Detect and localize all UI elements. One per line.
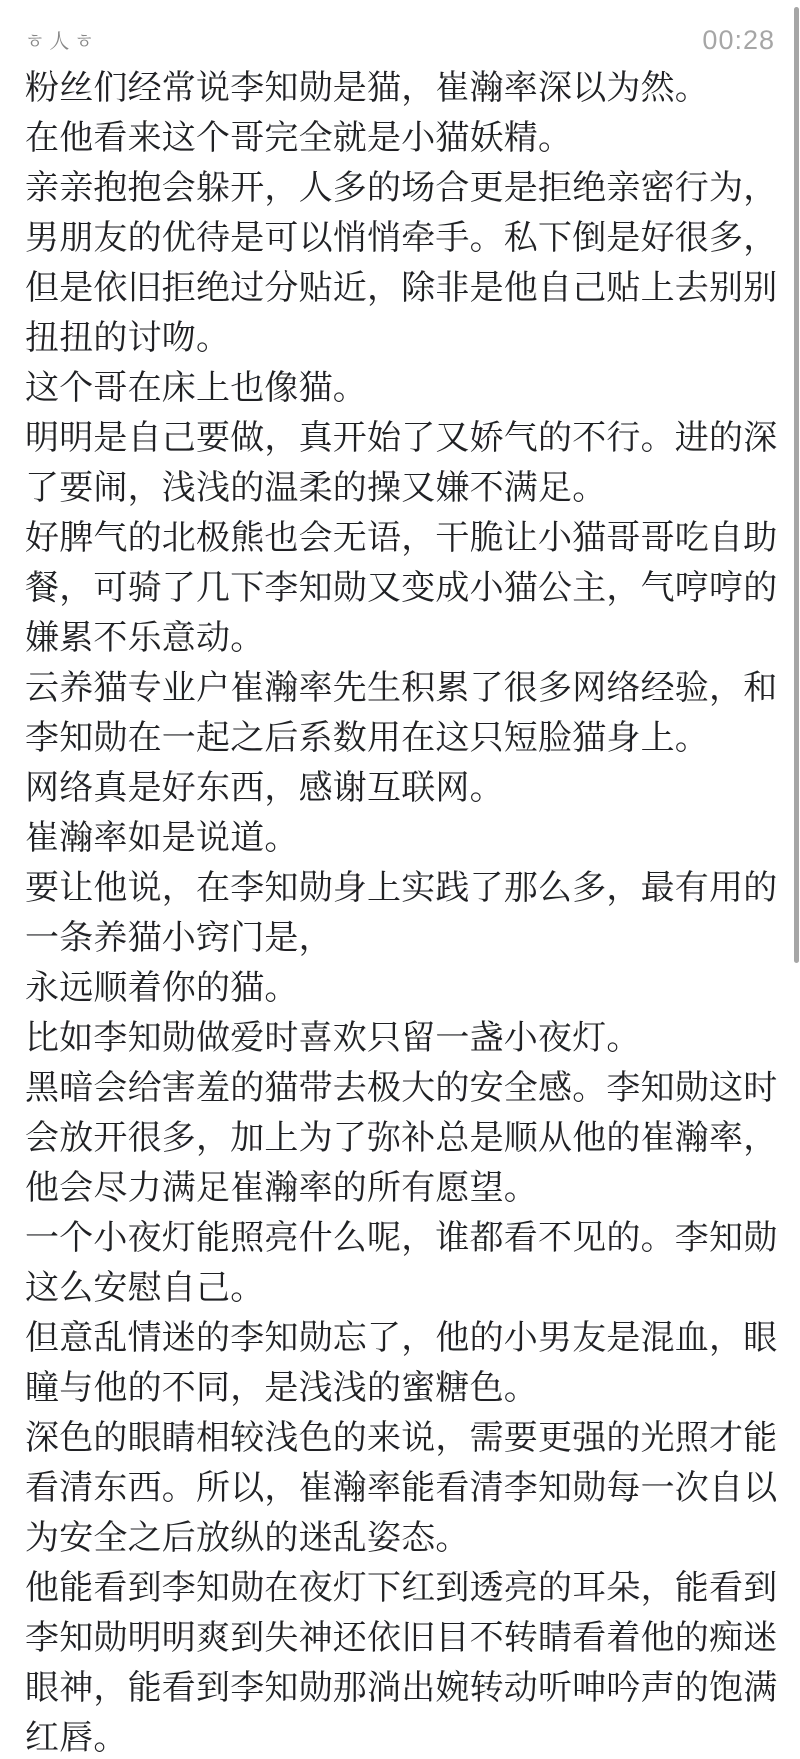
story-line: 这么安慰自己。: [25, 1263, 777, 1313]
story-line: 网络真是好东西，感谢互联网。: [25, 763, 777, 813]
reader-page: ㅎ人ㅎ 00:28 粉丝们经常说李知勋是猫，崔瀚率深以为然。在他看来这个哥完全就…: [0, 0, 800, 1759]
story-line: 黑暗会给害羞的猫带去极大的安全感。李知勋这时: [25, 1063, 777, 1113]
story-body: 粉丝们经常说李知勋是猫，崔瀚率深以为然。在他看来这个哥完全就是小猫妖精。亲亲抱抱…: [25, 63, 777, 1759]
story-line: 这个哥在床上也像猫。: [25, 363, 777, 413]
story-paragraph: 粉丝们经常说李知勋是猫，崔瀚率深以为然。: [25, 63, 777, 113]
story-line: 在他看来这个哥完全就是小猫妖精。: [25, 113, 777, 163]
story-paragraph: 好脾气的北极熊也会无语，干脆让小猫哥哥吃自助餐，可骑了几下李知勋又变成小猫公主，…: [25, 513, 777, 663]
page-title: ㅎ人ㅎ: [25, 32, 99, 52]
story-line: 餐，可骑了几下李知勋又变成小猫公主，气哼哼的: [25, 563, 777, 613]
story-line: 了要闹，浅浅的温柔的操又嫌不满足。: [25, 463, 777, 513]
header: ㅎ人ㅎ 00:28: [0, 0, 800, 62]
story-paragraph: 在他看来这个哥完全就是小猫妖精。: [25, 113, 777, 163]
story-line: 云养猫专业户崔瀚率先生积累了很多网络经验，和: [25, 663, 777, 713]
story-paragraph: 永远顺着你的猫。: [25, 963, 777, 1013]
story-line: 瞳与他的不同，是浅浅的蜜糖色。: [25, 1363, 777, 1413]
story-paragraph: 一个小夜灯能照亮什么呢，谁都看不见的。李知勋这么安慰自己。: [25, 1213, 777, 1313]
story-line: 粉丝们经常说李知勋是猫，崔瀚率深以为然。: [25, 63, 777, 113]
story-line: 红唇。: [25, 1713, 777, 1759]
story-line: 为安全之后放纵的迷乱姿态。: [25, 1513, 777, 1563]
story-paragraph: 明明是自己要做，真开始了又娇气的不行。进的深了要闹，浅浅的温柔的操又嫌不满足。: [25, 413, 777, 513]
story-paragraph: 黑暗会给害羞的猫带去极大的安全感。李知勋这时会放开很多，加上为了弥补总是顺从他的…: [25, 1063, 777, 1213]
story-line: 崔瀚率如是说道。: [25, 813, 777, 863]
story-line: 一条养猫小窍门是，: [25, 913, 777, 963]
scrollbar-thumb[interactable]: [794, 7, 799, 963]
story-line: 亲亲抱抱会躲开，人多的场合更是拒绝亲密行为，: [25, 163, 777, 213]
story-paragraph: 崔瀚率如是说道。: [25, 813, 777, 863]
story-line: 李知勋明明爽到失神还依旧目不转睛看着他的痴迷: [25, 1613, 777, 1663]
story-line: 扭扭的讨吻。: [25, 313, 777, 363]
story-line: 深色的眼睛相较浅色的来说，需要更强的光照才能: [25, 1413, 777, 1463]
story-line: 眼神，能看到李知勋那淌出婉转动听呻吟声的饱满: [25, 1663, 777, 1713]
story-line: 他会尽力满足崔瀚率的所有愿望。: [25, 1163, 777, 1213]
story-line: 但意乱情迷的李知勋忘了，他的小男友是混血，眼: [25, 1313, 777, 1363]
story-paragraph: 要让他说，在李知勋身上实践了那么多，最有用的一条养猫小窍门是，: [25, 863, 777, 963]
story-paragraph: 但意乱情迷的李知勋忘了，他的小男友是混血，眼瞳与他的不同，是浅浅的蜜糖色。: [25, 1313, 777, 1413]
story-line: 会放开很多，加上为了弥补总是顺从他的崔瀚率，: [25, 1113, 777, 1163]
story-paragraph: 这个哥在床上也像猫。: [25, 363, 777, 413]
story-paragraph: 网络真是好东西，感谢互联网。: [25, 763, 777, 813]
story-paragraph: 亲亲抱抱会躲开，人多的场合更是拒绝亲密行为，男朋友的优待是可以悄悄牵手。私下倒是…: [25, 163, 777, 363]
story-line: 一个小夜灯能照亮什么呢，谁都看不见的。李知勋: [25, 1213, 777, 1263]
story-line: 他能看到李知勋在夜灯下红到透亮的耳朵，能看到: [25, 1563, 777, 1613]
story-line: 明明是自己要做，真开始了又娇气的不行。进的深: [25, 413, 777, 463]
story-line: 但是依旧拒绝过分贴近，除非是他自己贴上去别别: [25, 263, 777, 313]
status-clock: 00:28: [702, 28, 775, 52]
story-line: 要让他说，在李知勋身上实践了那么多，最有用的: [25, 863, 777, 913]
story-paragraph: 深色的眼睛相较浅色的来说，需要更强的光照才能看清东西。所以，崔瀚率能看清李知勋每…: [25, 1413, 777, 1563]
story-line: 看清东西。所以，崔瀚率能看清李知勋每一次自以: [25, 1463, 777, 1513]
story-paragraph: 比如李知勋做爱时喜欢只留一盏小夜灯。: [25, 1013, 777, 1063]
story-line: 好脾气的北极熊也会无语，干脆让小猫哥哥吃自助: [25, 513, 777, 563]
story-paragraph: 他能看到李知勋在夜灯下红到透亮的耳朵，能看到李知勋明明爽到失神还依旧目不转睛看着…: [25, 1563, 777, 1759]
story-line: 嫌累不乐意动。: [25, 613, 777, 663]
story-line: 比如李知勋做爱时喜欢只留一盏小夜灯。: [25, 1013, 777, 1063]
story-line: 男朋友的优待是可以悄悄牵手。私下倒是好很多，: [25, 213, 777, 263]
story-line: 李知勋在一起之后系数用在这只短脸猫身上。: [25, 713, 777, 763]
story-paragraph: 云养猫专业户崔瀚率先生积累了很多网络经验，和李知勋在一起之后系数用在这只短脸猫身…: [25, 663, 777, 763]
story-line: 永远顺着你的猫。: [25, 963, 777, 1013]
